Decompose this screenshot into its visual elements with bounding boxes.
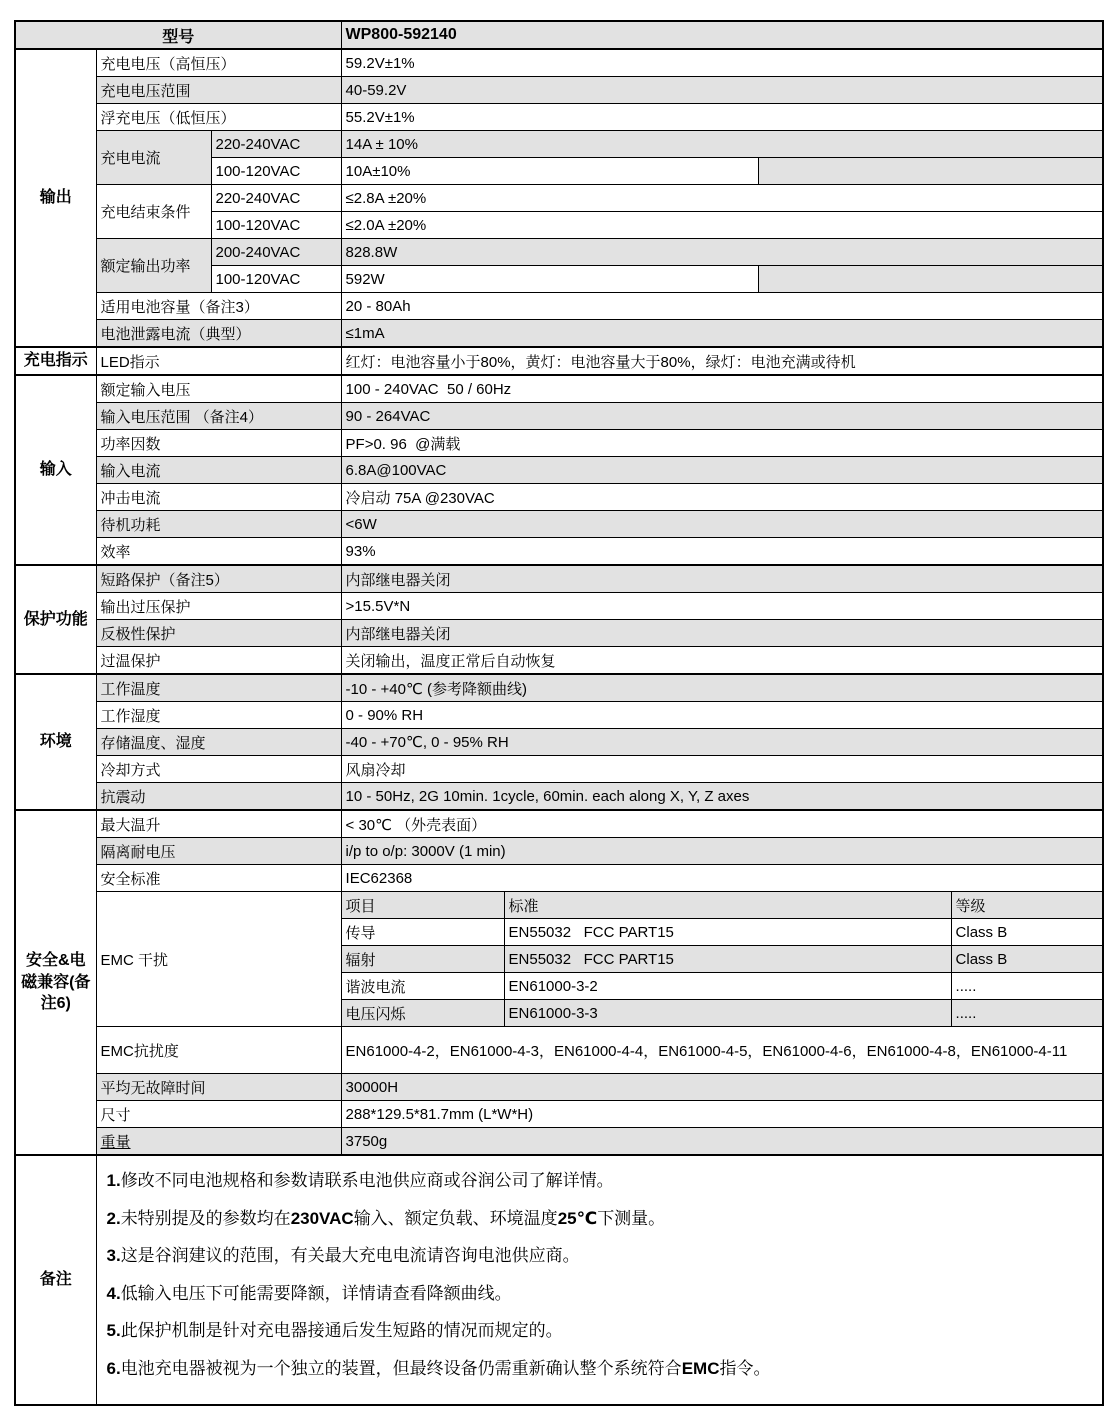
spec-value: 关闭输出，温度正常后自动恢复 xyxy=(341,647,1103,675)
emc-item: 辐射 xyxy=(341,946,504,973)
note-text: 未特别提及的参数均在 xyxy=(121,1209,291,1228)
note-emphasis: 2. xyxy=(107,1209,121,1228)
emc-standard: EN61000-3-3 xyxy=(504,1000,951,1027)
emc-standard: EN55032 FCC PART15 xyxy=(504,946,951,973)
spec-value: >15.5V*N xyxy=(341,593,1103,620)
note-line: 4.低输入电压下可能需要降额，详情请查看降额曲线。 xyxy=(107,1275,1093,1313)
spec-label: 输入电流 xyxy=(96,457,341,484)
spec-label: 适用电池容量（备注3） xyxy=(96,293,341,320)
spec-label: 安全标准 xyxy=(96,865,341,892)
spec-value: 592W xyxy=(341,266,758,293)
note-text: 下测量。 xyxy=(597,1209,665,1228)
note-emphasis: 6. xyxy=(107,1359,121,1378)
note-text: 低输入电压下可能需要降额，详情请查看降额曲线。 xyxy=(121,1284,512,1303)
spec-label: 隔离耐电压 xyxy=(96,838,341,865)
note-emphasis: 4. xyxy=(107,1284,121,1303)
spec-label: 工作温度 xyxy=(96,674,341,702)
spec-label: 最大温升 xyxy=(96,810,341,838)
model-label-cell: 型号 xyxy=(15,21,341,49)
spec-value: ≤2.8A ±20% xyxy=(341,185,1103,212)
spec-value: 20 - 80Ah xyxy=(341,293,1103,320)
spec-label: 充电电压范围 xyxy=(96,77,341,104)
spec-value: 40-59.2V xyxy=(341,77,1103,104)
spec-value: 6.8A@100VAC xyxy=(341,457,1103,484)
spec-value: 288*129.5*81.7mm (L*W*H) xyxy=(341,1101,1103,1128)
spec-value: 55.2V±1% xyxy=(341,104,1103,131)
vac-condition: 100-120VAC xyxy=(211,266,341,293)
emc-item: 传导 xyxy=(341,919,504,946)
vac-condition: 220-240VAC xyxy=(211,185,341,212)
spec-label: EMC 干扰 xyxy=(96,892,341,1027)
note-emphasis: 1. xyxy=(107,1171,121,1190)
note-emphasis: 230VAC xyxy=(291,1209,354,1228)
spec-value: 828.8W xyxy=(341,239,1103,266)
section-label-safety-emc: 安全&电磁兼容(备注6) xyxy=(15,810,96,1155)
spec-label: 额定输出功率 xyxy=(96,239,211,293)
spec-table: 型号 WP800-592140 输出充电电压（高恒压）59.2V±1%充电电压范… xyxy=(14,20,1104,1406)
spec-value: EN61000-4-2，EN61000-4-3，EN61000-4-4，EN61… xyxy=(341,1027,1103,1074)
spec-value: 0 - 90% RH xyxy=(341,702,1103,729)
spec-label: LED指示 xyxy=(96,347,341,375)
vac-condition: 200-240VAC xyxy=(211,239,341,266)
spec-label: 浮充电压（低恒压） xyxy=(96,104,341,131)
spec-label: 电池泄露电流（典型） xyxy=(96,320,341,348)
note-emphasis: 5. xyxy=(107,1321,121,1340)
spec-label: EMC抗扰度 xyxy=(96,1027,341,1074)
spec-label: 输出过压保护 xyxy=(96,593,341,620)
spec-value: -10 - +40℃ (参考降额曲线) xyxy=(341,674,1103,702)
spec-sheet-page: 型号 WP800-592140 输出充电电压（高恒压）59.2V±1%充电电压范… xyxy=(0,0,1116,1406)
note-text: 电池充电器被视为一个独立的装置，但最终设备仍需重新确认整个系统符合 xyxy=(121,1359,682,1378)
notes-cell: 1.修改不同电池规格和参数请联系电池供应商或谷润公司了解详情。2.未特别提及的参… xyxy=(96,1155,1103,1405)
spec-label: 平均无故障时间 xyxy=(96,1074,341,1101)
spec-label: 功率因数 xyxy=(96,430,341,457)
spec-label: 待机功耗 xyxy=(96,511,341,538)
shaded-filler xyxy=(758,158,1103,185)
vac-condition: 220-240VAC xyxy=(211,131,341,158)
spec-value: 10 - 50Hz, 2G 10min. 1cycle, 60min. each… xyxy=(341,783,1103,811)
spec-label: 充电结束条件 xyxy=(96,185,211,239)
spec-value: 风扇冷却 xyxy=(341,756,1103,783)
spec-label: 存储温度、湿度 xyxy=(96,729,341,756)
spec-label: 效率 xyxy=(96,538,341,566)
shaded-filler xyxy=(758,266,1103,293)
spec-label: 充电电流 xyxy=(96,131,211,185)
spec-value: 59.2V±1% xyxy=(341,49,1103,77)
emc-item: 电压闪烁 xyxy=(341,1000,504,1027)
spec-label: 输入电压范围 （备注4） xyxy=(96,403,341,430)
spec-label: 反极性保护 xyxy=(96,620,341,647)
emc-grade: ..... xyxy=(951,973,1103,1000)
note-text: 此保护机制是针对充电器接通后发生短路的情况而规定的。 xyxy=(121,1321,563,1340)
emc-header-grade: 等级 xyxy=(951,892,1103,919)
vac-condition: 100-120VAC xyxy=(211,212,341,239)
note-emphasis: EMC xyxy=(682,1359,720,1378)
spec-label: 冷却方式 xyxy=(96,756,341,783)
spec-label: 短路保护（备注5） xyxy=(96,565,341,593)
section-label-charge-indicator: 充电指示 xyxy=(15,347,96,375)
spec-value: -40 - +70℃, 0 - 95% RH xyxy=(341,729,1103,756)
spec-value: i/p to o/p: 3000V (1 min) xyxy=(341,838,1103,865)
spec-label: 充电电压（高恒压） xyxy=(96,49,341,77)
note-line: 6.电池充电器被视为一个独立的装置，但最终设备仍需重新确认整个系统符合EMC指令… xyxy=(107,1350,1093,1388)
spec-value: IEC62368 xyxy=(341,865,1103,892)
spec-value: 30000H xyxy=(341,1074,1103,1101)
model-value-cell: WP800-592140 xyxy=(341,21,1103,49)
spec-value: ≤2.0A ±20% xyxy=(341,212,1103,239)
section-label-output: 输出 xyxy=(15,49,96,347)
section-label-notes: 备注 xyxy=(15,1155,96,1405)
spec-value: 10A±10% xyxy=(341,158,758,185)
section-label-input: 输入 xyxy=(15,375,96,565)
spec-label: 额定输入电压 xyxy=(96,375,341,403)
note-emphasis: 25℃ xyxy=(558,1209,598,1228)
note-line: 5.此保护机制是针对充电器接通后发生短路的情况而规定的。 xyxy=(107,1312,1093,1350)
emc-header-item: 项目 xyxy=(341,892,504,919)
spec-label: 尺寸 xyxy=(96,1101,341,1128)
emc-standard: EN61000-3-2 xyxy=(504,973,951,1000)
section-label-protection: 保护功能 xyxy=(15,565,96,674)
spec-value: 冷启动 75A @230VAC xyxy=(341,484,1103,511)
note-line: 2.未特别提及的参数均在230VAC输入、额定负载、环境温度25℃下测量。 xyxy=(107,1200,1093,1238)
spec-value: < 30℃ （外壳表面） xyxy=(341,810,1103,838)
note-text: 这是谷润建议的范围，有关最大充电电流请咨询电池供应商。 xyxy=(121,1246,580,1265)
note-line: 1.修改不同电池规格和参数请联系电池供应商或谷润公司了解详情。 xyxy=(107,1162,1093,1200)
emc-grade: Class B xyxy=(951,946,1103,973)
emc-standard: EN55032 FCC PART15 xyxy=(504,919,951,946)
note-text: 指令。 xyxy=(719,1359,770,1378)
spec-value: <6W xyxy=(341,511,1103,538)
spec-value: 3750g xyxy=(341,1128,1103,1156)
spec-value: 内部继电器关闭 xyxy=(341,620,1103,647)
note-text: 修改不同电池规格和参数请联系电池供应商或谷润公司了解详情。 xyxy=(121,1171,614,1190)
spec-value: 红灯：电池容量小于80%，黄灯：电池容量大于80%，绿灯：电池充满或待机 xyxy=(341,347,1103,375)
spec-value: 90 - 264VAC xyxy=(341,403,1103,430)
spec-value: ≤1mA xyxy=(341,320,1103,348)
spec-label: 冲击电流 xyxy=(96,484,341,511)
header-row: 型号 WP800-592140 xyxy=(15,21,1103,49)
spec-value: 14A ± 10% xyxy=(341,131,1103,158)
spec-value: PF>0. 96 @满载 xyxy=(341,430,1103,457)
emc-grade: ..... xyxy=(951,1000,1103,1027)
section-label-environment: 环境 xyxy=(15,674,96,810)
spec-value: 93% xyxy=(341,538,1103,566)
emc-item: 谐波电流 xyxy=(341,973,504,1000)
spec-value: 内部继电器关闭 xyxy=(341,565,1103,593)
emc-header-standard: 标准 xyxy=(504,892,951,919)
spec-label: 重量 xyxy=(96,1128,341,1156)
emc-grade: Class B xyxy=(951,919,1103,946)
note-text: 输入、额定负载、环境温度 xyxy=(354,1209,558,1228)
vac-condition: 100-120VAC xyxy=(211,158,341,185)
note-emphasis: 3. xyxy=(107,1246,121,1265)
spec-label: 工作湿度 xyxy=(96,702,341,729)
spec-value: 100 - 240VAC 50 / 60Hz xyxy=(341,375,1103,403)
note-line: 3.这是谷润建议的范围，有关最大充电电流请咨询电池供应商。 xyxy=(107,1237,1093,1275)
spec-label: 过温保护 xyxy=(96,647,341,675)
spec-label: 抗震动 xyxy=(96,783,341,811)
